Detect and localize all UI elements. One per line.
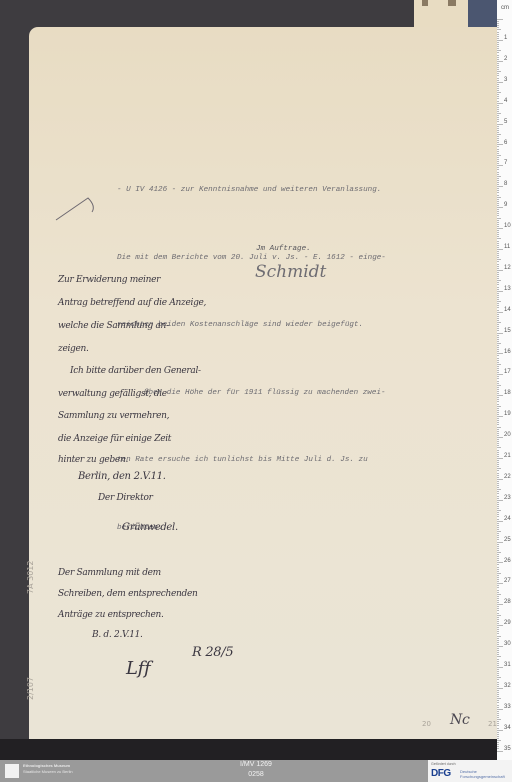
ruler-number: 23 xyxy=(504,495,511,501)
ruler-tick xyxy=(497,702,499,703)
ruler-tick xyxy=(497,671,499,672)
ruler-tick xyxy=(497,744,499,745)
ruler-tick xyxy=(497,669,499,670)
ruler-tick xyxy=(497,738,499,739)
ruler-tick xyxy=(497,406,501,407)
ruler-number: 10 xyxy=(504,223,511,229)
ruler-tick xyxy=(497,151,499,152)
ruler-tick xyxy=(497,274,499,275)
ruler-tick xyxy=(497,40,503,41)
ruler-tick xyxy=(497,608,499,609)
ruler-number: 25 xyxy=(504,537,511,543)
ruler-tick xyxy=(497,201,499,202)
ruler-tick xyxy=(497,247,499,248)
ruler-tick xyxy=(497,491,499,492)
ruler-number: 16 xyxy=(504,349,511,355)
ruler-tick xyxy=(497,564,499,565)
ruler-tick xyxy=(497,111,499,112)
ruler-tick xyxy=(497,282,499,283)
ruler-tick xyxy=(497,86,499,87)
ruler-tick xyxy=(497,163,499,164)
ruler-tick xyxy=(497,220,499,221)
ruler-tick xyxy=(497,389,499,390)
ruler-tick xyxy=(497,567,499,568)
ruler-tick xyxy=(497,713,499,714)
ruler-tick xyxy=(497,48,499,49)
ruler-tick xyxy=(497,190,499,191)
handwritten-bottom-mark: Nc xyxy=(450,712,470,728)
pencil-bracket-mark xyxy=(50,188,110,228)
ruler-tick xyxy=(497,270,503,271)
ruler-tick xyxy=(497,339,499,340)
ruler-tick xyxy=(497,556,499,557)
ruler-tick xyxy=(497,435,499,436)
ruler-number: 24 xyxy=(504,516,511,522)
ruler-tick xyxy=(497,362,499,363)
ruler-tick xyxy=(497,456,499,457)
ruler-tick xyxy=(497,577,499,578)
ruler-tick xyxy=(497,420,499,421)
ruler-tick xyxy=(497,266,499,267)
ruler-tick xyxy=(497,721,499,722)
ruler-number: 18 xyxy=(504,390,511,396)
ruler-tick xyxy=(497,408,499,409)
ruler-tick xyxy=(497,606,499,607)
ruler-tick xyxy=(497,462,499,463)
ruler-tick xyxy=(497,333,503,334)
ruler-tick xyxy=(497,343,501,344)
ruler-tick xyxy=(497,539,499,540)
ruler-tick xyxy=(497,337,499,338)
ruler-tick xyxy=(497,381,499,382)
ruler-tick xyxy=(497,276,499,277)
pencil-margin-number: 7A 3012 xyxy=(26,561,35,594)
ruler-tick xyxy=(497,341,499,342)
ruler-tick xyxy=(497,268,499,269)
ruler-tick xyxy=(497,483,499,484)
ruler-tick xyxy=(497,59,499,60)
ruler-tick xyxy=(497,295,499,296)
ruler-tick xyxy=(497,71,501,72)
ruler-tick xyxy=(497,107,499,108)
ruler-tick xyxy=(497,19,503,20)
ruler-tick xyxy=(497,153,499,154)
ruler-tick xyxy=(497,552,501,553)
ruler-tick xyxy=(497,23,499,24)
ruler-tick xyxy=(497,404,499,405)
ruler-tick xyxy=(497,78,499,79)
ruler-tick xyxy=(497,46,499,47)
ruler-tick xyxy=(497,307,499,308)
pencil-margin-lower: 2/107 xyxy=(26,677,35,700)
ruler-tick xyxy=(497,387,499,388)
ruler-tick xyxy=(497,592,499,593)
ruler-tick xyxy=(497,117,499,118)
ruler-tick xyxy=(497,412,499,413)
handwritten-note-line: Anträge zu entsprechen. xyxy=(58,610,164,620)
ruler-number: 34 xyxy=(504,725,511,731)
ruler-tick xyxy=(497,667,503,668)
ruler-tick xyxy=(497,61,503,62)
ruler-tick xyxy=(497,222,499,223)
ruler-tick xyxy=(497,259,501,260)
ruler-tick xyxy=(497,615,501,616)
ruler-tick xyxy=(497,207,503,208)
ruler-tick xyxy=(497,481,499,482)
ruler-tick xyxy=(497,554,499,555)
ruler-tick xyxy=(497,213,499,214)
ruler-number: 12 xyxy=(504,265,511,271)
ruler-tick xyxy=(497,84,499,85)
ruler-tick xyxy=(497,422,499,423)
ruler-tick xyxy=(497,468,501,469)
ruler-tick xyxy=(497,92,501,93)
ruler-tick xyxy=(497,96,499,97)
ruler-tick xyxy=(497,638,499,639)
ruler-tick xyxy=(497,673,499,674)
ruler-tick xyxy=(497,583,503,584)
ruler-tick xyxy=(497,322,501,323)
ruler-tick xyxy=(497,477,499,478)
ruler-number: 31 xyxy=(504,662,511,668)
ruler-tick xyxy=(497,675,499,676)
ruler-tick xyxy=(497,636,501,637)
ruler-tick xyxy=(497,732,499,733)
ruler-tick xyxy=(497,255,499,256)
ruler-tick xyxy=(497,489,501,490)
ruler-tick xyxy=(497,631,499,632)
ruler-tick xyxy=(497,711,499,712)
typed-closing: Jm Auftrage. xyxy=(256,245,311,253)
ruler-tick xyxy=(497,167,499,168)
ruler-tick xyxy=(497,215,499,216)
ruler-tick xyxy=(497,29,501,30)
ruler-tick xyxy=(497,98,499,99)
ruler-tick xyxy=(497,613,499,614)
handwritten-line: verwaltung gefälligst, die xyxy=(58,389,167,399)
ruler-tick xyxy=(497,525,499,526)
ruler-tick xyxy=(497,132,499,133)
ruler-tick xyxy=(497,401,499,402)
ruler-tick xyxy=(497,195,499,196)
ruler-tick xyxy=(497,345,499,346)
ruler-tick xyxy=(497,32,499,33)
ruler-tick xyxy=(497,730,503,731)
ruler-tick xyxy=(497,305,499,306)
ruler-tick xyxy=(497,399,499,400)
ruler-tick xyxy=(497,686,499,687)
ruler-tick xyxy=(497,218,501,219)
ruler-tick xyxy=(497,447,501,448)
ruler-tick xyxy=(497,103,503,104)
ruler-tick xyxy=(497,203,499,204)
ruler-tick xyxy=(497,251,499,252)
ruler-tick xyxy=(497,640,499,641)
ruler-tick xyxy=(497,383,499,384)
ruler-tick xyxy=(497,211,499,212)
ruler-tick xyxy=(497,439,499,440)
ruler-tick xyxy=(497,230,499,231)
ruler-tick xyxy=(497,663,499,664)
ruler-tick xyxy=(497,445,499,446)
ruler-tick xyxy=(497,67,499,68)
ruler-tick xyxy=(497,238,501,239)
ruler-tick xyxy=(497,682,499,683)
dfg-logo-mark: DFG xyxy=(431,768,451,779)
ruler-tick xyxy=(497,659,499,660)
ruler-tick xyxy=(497,500,503,501)
ruler-tick xyxy=(497,21,499,22)
ruler-tick xyxy=(497,692,499,693)
ruler-tick xyxy=(497,529,499,530)
ruler-number: 14 xyxy=(504,307,511,313)
ruler-tick xyxy=(497,182,499,183)
ruler-tick xyxy=(497,397,499,398)
ruler-tick xyxy=(497,142,499,143)
ruler-tick xyxy=(497,209,499,210)
ruler-tick xyxy=(497,519,499,520)
ruler-tick xyxy=(497,38,499,39)
ruler-tick xyxy=(497,65,499,66)
ruler-tick xyxy=(497,473,499,474)
ruler-tick xyxy=(497,310,499,311)
ruler-tick xyxy=(497,232,499,233)
ruler-tick xyxy=(497,378,499,379)
ruler-tick xyxy=(497,324,499,325)
ruler-tick xyxy=(497,176,501,177)
ruler-tick xyxy=(497,700,499,701)
ruler-tick xyxy=(497,94,499,95)
ruler-tick xyxy=(497,299,499,300)
ruler-tick xyxy=(497,69,499,70)
ruler-tick xyxy=(497,130,499,131)
ruler-number: 9 xyxy=(504,202,507,208)
ruler-tick xyxy=(497,602,499,603)
ruler-number: 19 xyxy=(504,411,511,417)
ruler-tick xyxy=(497,52,499,53)
ruler-tick xyxy=(497,625,503,626)
ruler-tick xyxy=(497,347,499,348)
ruler-tick xyxy=(497,236,499,237)
ruler-tick xyxy=(497,391,499,392)
ruler-tick xyxy=(497,63,499,64)
ruler-tick xyxy=(497,261,499,262)
ruler-tick xyxy=(497,715,499,716)
ruler-tick xyxy=(497,134,501,135)
ruler-tick xyxy=(497,610,499,611)
ruler-tick xyxy=(497,452,499,453)
blue-backing xyxy=(468,0,497,28)
page-edge-strip xyxy=(448,0,456,6)
ruler-tick xyxy=(497,719,501,720)
ruler-number: 35 xyxy=(504,746,511,752)
ruler-tick xyxy=(497,690,499,691)
ruler-tick xyxy=(497,328,499,329)
ruler-tick xyxy=(497,575,499,576)
handwritten-line: zeigen. xyxy=(58,344,89,354)
ruler-tick xyxy=(497,558,499,559)
ruler-tick xyxy=(497,293,499,294)
ruler-tick xyxy=(497,523,499,524)
ruler-number: 8 xyxy=(504,181,507,187)
ruler-tick xyxy=(497,257,499,258)
ruler-tick xyxy=(497,149,499,150)
ruler-tick xyxy=(497,709,503,710)
ruler-tick xyxy=(497,159,499,160)
ruler-tick xyxy=(497,579,499,580)
ruler-tick xyxy=(497,633,499,634)
ruler-tick xyxy=(497,707,499,708)
ruler-tick xyxy=(497,128,499,129)
ruler-tick xyxy=(497,192,499,193)
ruler-tick xyxy=(497,598,499,599)
ruler-tick xyxy=(497,42,499,43)
ruler-tick xyxy=(497,705,499,706)
page-edge-strip xyxy=(422,0,428,6)
ruler-tick xyxy=(497,661,499,662)
ruler-tick xyxy=(497,366,499,367)
ruler-tick xyxy=(497,264,499,265)
ruler-tick xyxy=(497,416,503,417)
ruler-tick xyxy=(497,243,499,244)
typed-signature: Schmidt xyxy=(255,262,326,282)
ruler-tick xyxy=(497,245,499,246)
ruler-tick xyxy=(497,353,503,354)
ruler-tick xyxy=(497,184,499,185)
ruler-number: 32 xyxy=(504,683,511,689)
ruler-tick xyxy=(497,740,501,741)
handwritten-line: Antrag betreffend auf die Anzeige, xyxy=(58,298,206,308)
ruler-tick xyxy=(497,241,499,242)
ruler-tick xyxy=(497,249,503,250)
handwritten-line: Zur Erwiderung meiner xyxy=(58,275,160,285)
ruler-tick xyxy=(497,644,499,645)
ruler-tick xyxy=(497,351,499,352)
ruler-tick xyxy=(497,596,499,597)
ruler-tick xyxy=(497,136,499,137)
ruler-tick xyxy=(497,330,499,331)
ruler-tick xyxy=(497,172,499,173)
ruler-tick xyxy=(497,542,503,543)
handwritten-note-line: Der Sammlung mit dem xyxy=(58,568,161,578)
ruler-tick xyxy=(497,303,499,304)
ruler-tick xyxy=(497,226,499,227)
ruler-tick xyxy=(497,297,499,298)
ruler-number: 29 xyxy=(504,620,511,626)
ruler-tick xyxy=(497,679,499,680)
ruler-tick xyxy=(497,694,499,695)
ruler-tick xyxy=(497,418,499,419)
ruler-tick xyxy=(497,437,503,438)
ruler-number: 13 xyxy=(504,286,511,292)
ruler-tick xyxy=(497,161,499,162)
ruler-tick xyxy=(497,450,499,451)
ruler-tick xyxy=(497,144,503,145)
ruler-tick xyxy=(497,253,499,254)
ruler-tick xyxy=(497,370,499,371)
ruler-tick xyxy=(497,155,501,156)
ruler-tick xyxy=(497,326,499,327)
ruler-tick xyxy=(497,646,503,647)
ruler-tick xyxy=(497,27,499,28)
handwritten-initials-date: R 28/5 xyxy=(192,645,233,660)
handwritten-line: Sammlung zu vermehren, xyxy=(58,411,169,421)
ruler-tick xyxy=(497,514,499,515)
scan-bottom-edge xyxy=(0,739,497,760)
cm-ruler: cm 1234567891011121314151617181920212223… xyxy=(497,0,512,760)
ruler-tick xyxy=(497,88,499,89)
ruler-tick xyxy=(497,464,499,465)
ruler-tick xyxy=(497,368,499,369)
handwritten-line: hinter zu geben. xyxy=(58,455,128,465)
ruler-tick xyxy=(497,544,499,545)
handwritten-line: die Anzeige für einige Zeit xyxy=(58,434,171,444)
ruler-tick xyxy=(497,562,503,563)
handwritten-line: welche die Sammlung an- xyxy=(58,321,169,331)
ruler-tick xyxy=(497,585,499,586)
ruler-tick xyxy=(497,479,503,480)
ruler-tick xyxy=(497,527,499,528)
ruler-number: 26 xyxy=(504,558,511,564)
ruler-tick xyxy=(497,364,501,365)
ruler-tick xyxy=(497,502,499,503)
ruler-number: 33 xyxy=(504,704,511,710)
ruler-tick xyxy=(497,395,503,396)
ruler-tick xyxy=(497,280,501,281)
ruler-tick xyxy=(497,717,499,718)
ruler-number: 15 xyxy=(504,328,511,334)
ruler-tick xyxy=(497,360,499,361)
ruler-tick xyxy=(497,50,501,51)
ruler-tick xyxy=(497,648,499,649)
ruler-tick xyxy=(497,138,499,139)
ruler-tick xyxy=(497,393,499,394)
ruler-number: 28 xyxy=(504,599,511,605)
ruler-tick xyxy=(497,587,499,588)
ruler-tick xyxy=(497,312,503,313)
ruler-tick xyxy=(497,546,499,547)
ruler-tick xyxy=(497,510,501,511)
ruler-tick xyxy=(497,521,503,522)
ruler-tick xyxy=(497,355,499,356)
ruler-tick xyxy=(497,654,499,655)
ruler-tick xyxy=(497,590,499,591)
ruler-tick xyxy=(497,684,499,685)
ruler-tick xyxy=(497,34,499,35)
ruler-number: 3 xyxy=(504,77,507,83)
ruler-tick xyxy=(497,728,499,729)
handwritten-title: Der Direktor xyxy=(98,493,153,503)
ruler-tick xyxy=(497,121,499,122)
underlying-page-edge xyxy=(414,0,468,30)
ruler-tick xyxy=(497,677,501,678)
ruler-tick xyxy=(497,460,499,461)
ruler-tick xyxy=(497,109,499,110)
handwritten-line: Ich bitte darüber den General- xyxy=(70,366,201,376)
ruler-tick xyxy=(497,531,501,532)
ruler-tick xyxy=(497,44,499,45)
handwritten-place-date: Berlin, den 2.V.11. xyxy=(78,471,166,482)
ruler-tick xyxy=(497,115,499,116)
ruler-tick xyxy=(497,119,499,120)
ruler-tick xyxy=(497,573,501,574)
ruler-tick xyxy=(497,736,499,737)
ruler-tick xyxy=(497,82,503,83)
ruler-tick xyxy=(497,548,499,549)
ruler-tick xyxy=(497,431,499,432)
ruler-tick xyxy=(497,725,499,726)
ruler-tick xyxy=(497,627,499,628)
